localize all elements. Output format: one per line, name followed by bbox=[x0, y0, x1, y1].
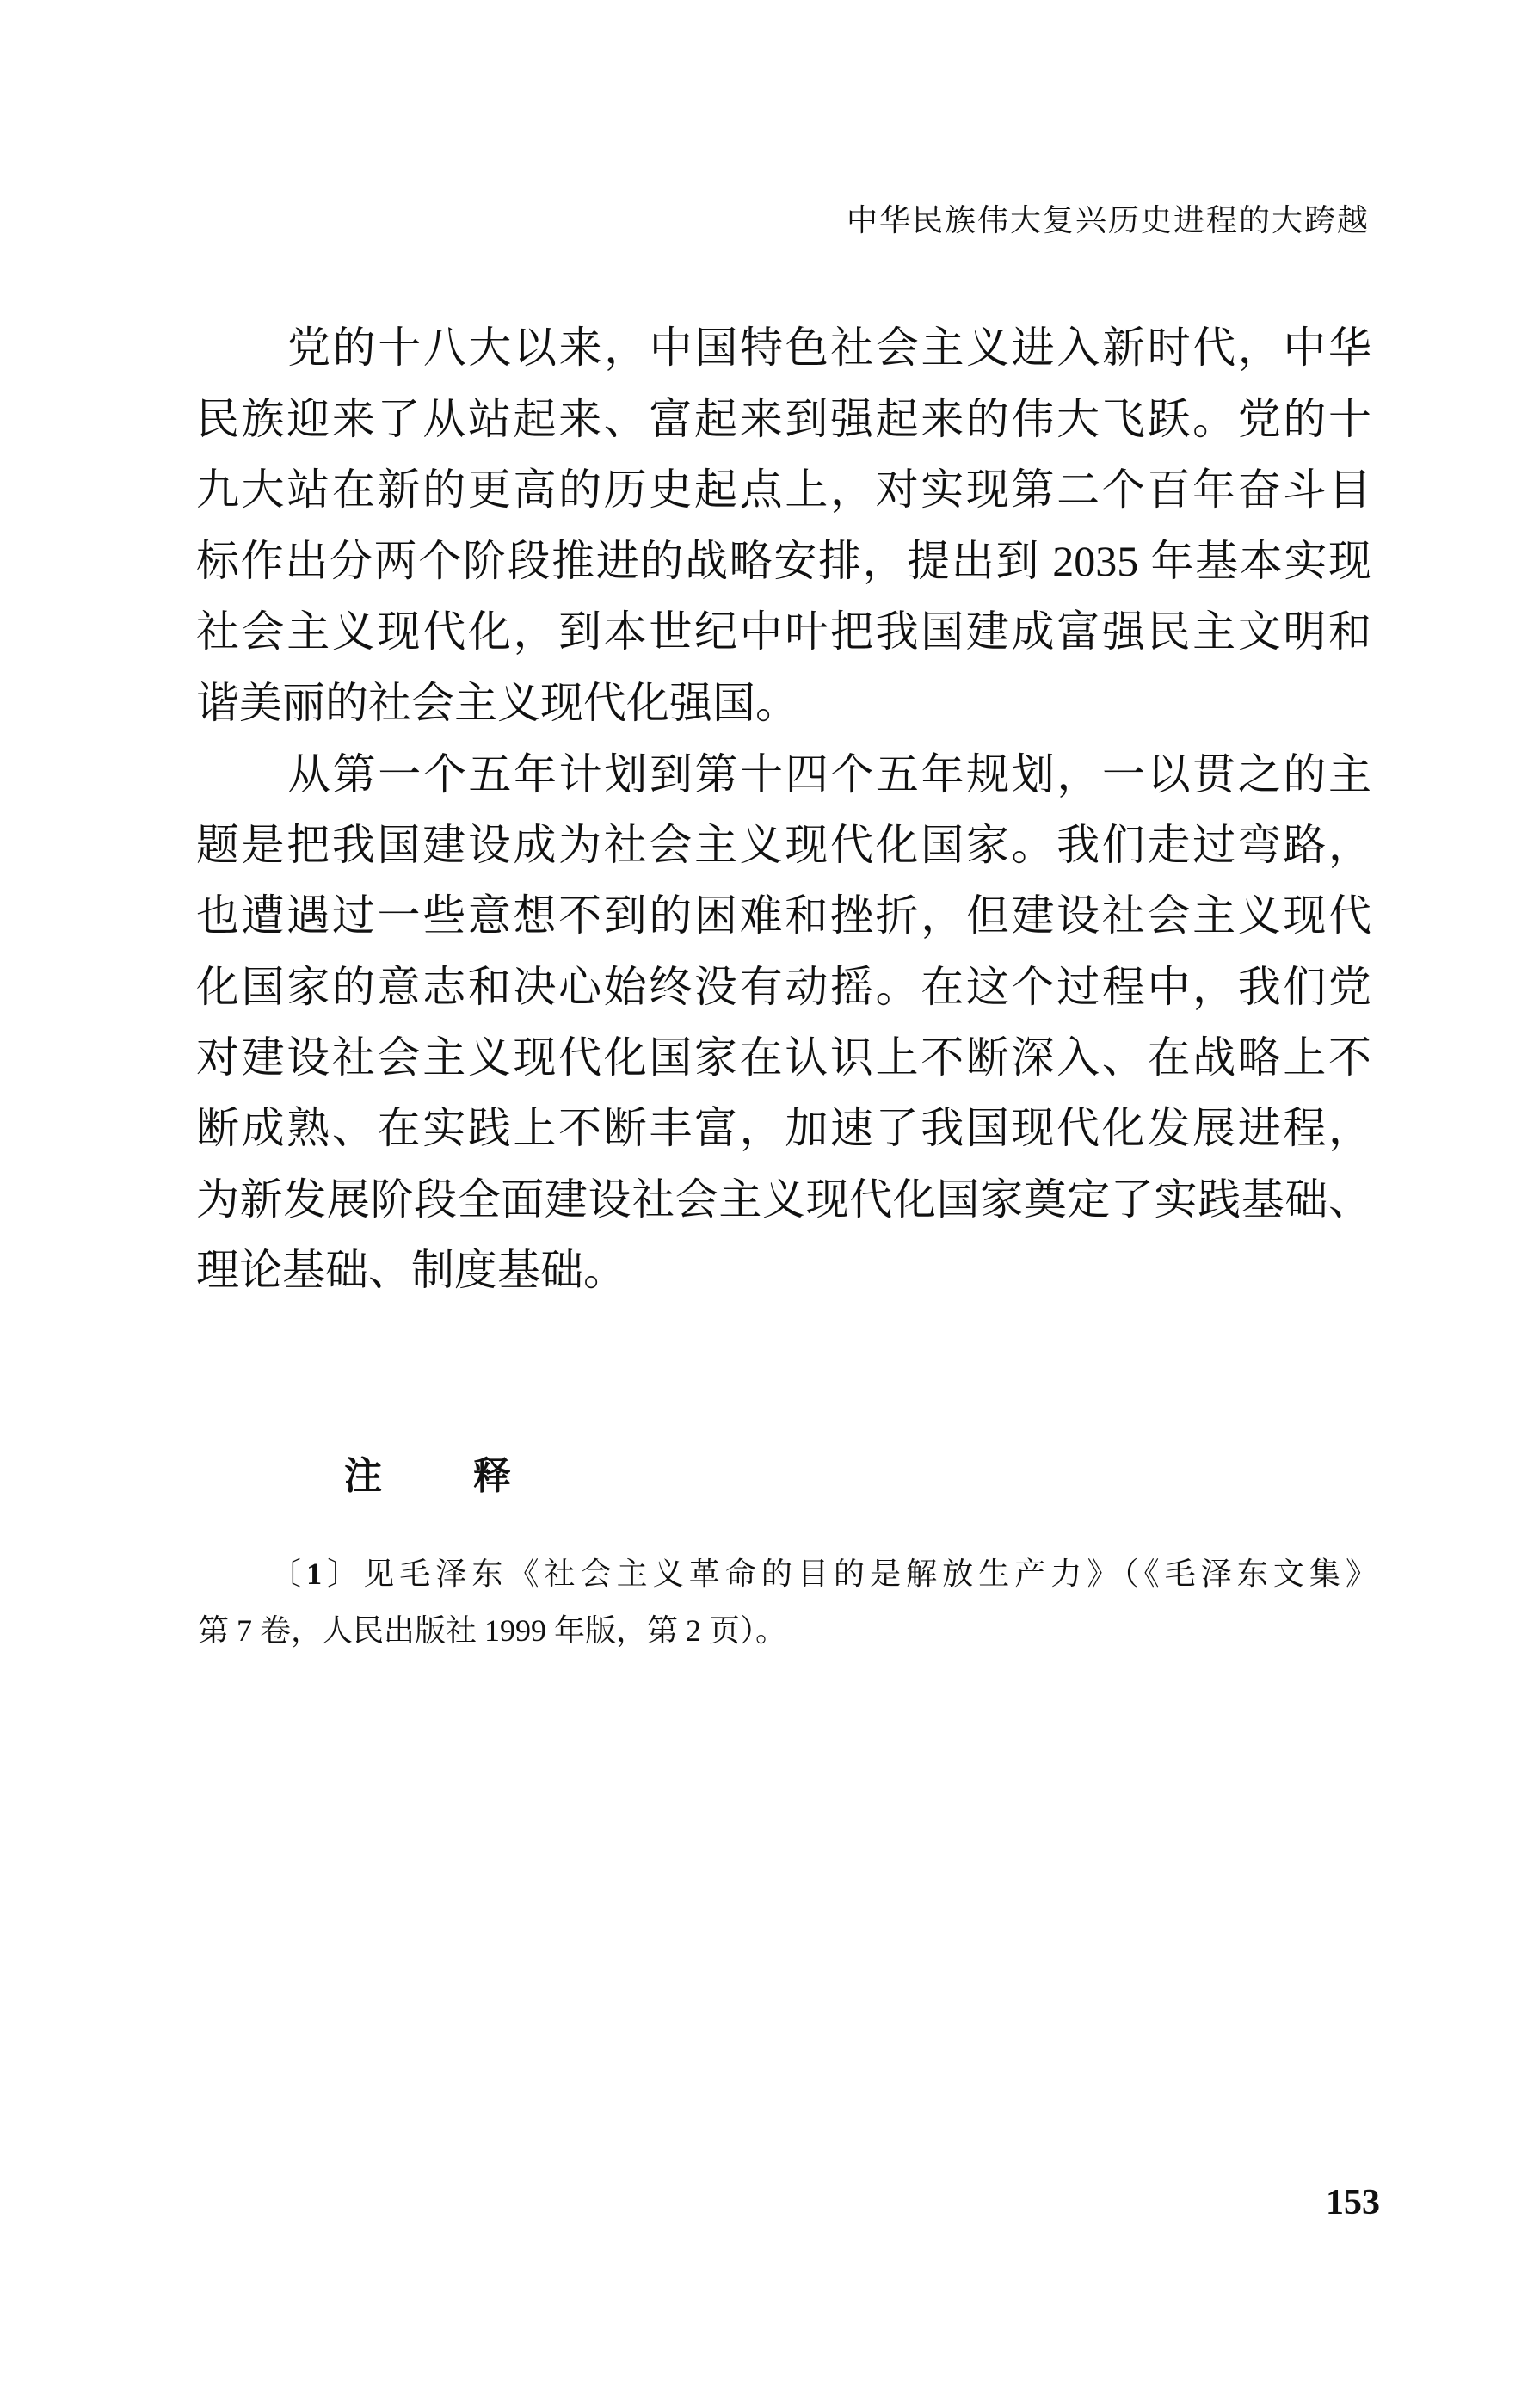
paragraph-line: 题是把我国建设成为社会主义现代化国家。我们走过弯路， bbox=[196, 821, 1371, 869]
footnote-bracket-open: 〔 bbox=[270, 1557, 306, 1591]
footnote-bracket-close: 〕 bbox=[322, 1557, 363, 1591]
paragraph-line: 社会主义现代化，到本世纪中叶把我国建成富强民主文明和 bbox=[196, 607, 1371, 656]
paragraph-line: 民族迎来了从站起来、富起来到强起来的伟大飞跃。党的十 bbox=[196, 395, 1371, 443]
footnote-number: 1 bbox=[306, 1557, 322, 1591]
paragraph-line: 从第一个五年计划到第十四个五年规划，一以贯之的主 bbox=[287, 750, 1371, 798]
paragraph-line: 谐美丽的社会主义现代化强国。 bbox=[196, 679, 1371, 727]
paragraph-line: 九大站在新的更高的历史起点上，对实现第二个百年奋斗目 bbox=[196, 465, 1371, 514]
paragraph-line: 标作出分两个阶段推进的战略安排，提出到 2035 年基本实现 bbox=[196, 537, 1371, 585]
notes-heading-char: 释 bbox=[473, 1454, 511, 1499]
book-page: 中华民族伟大复兴历史进程的大跨越 党的十八大以来，中国特色社会主义进入新时代，中… bbox=[0, 0, 1540, 2386]
paragraph-line: 为新发展阶段全面建设社会主义现代化国家奠定了实践基础、 bbox=[196, 1175, 1371, 1224]
paragraph-line: 党的十八大以来，中国特色社会主义进入新时代，中华 bbox=[287, 324, 1371, 372]
paragraph-line: 理论基础、制度基础。 bbox=[196, 1246, 1371, 1294]
footnote-text: 见毛泽东《社会主义革命的目的是解放生产力》（《毛泽东文集》 bbox=[363, 1557, 1377, 1591]
running-header: 中华民族伟大复兴历史进程的大跨越 bbox=[847, 203, 1370, 237]
paragraph-line: 也遭遇过一些意想不到的困难和挫折，但建设社会主义现代 bbox=[196, 891, 1371, 940]
paragraph-line: 化国家的意志和决心始终没有动摇。在这个过程中，我们党 bbox=[196, 963, 1371, 1011]
notes-heading: 注释 bbox=[344, 1454, 511, 1499]
notes-heading-char: 注 bbox=[344, 1454, 382, 1499]
paragraph-line: 对建设社会主义现代化国家在认识上不断深入、在战略上不 bbox=[196, 1033, 1371, 1082]
page-number: 153 bbox=[1326, 2184, 1380, 2222]
footnote-line: 〔1〕见毛泽东《社会主义革命的目的是解放生产力》（《毛泽东文集》 bbox=[270, 1556, 1377, 1592]
paragraph-line: 断成熟、在实践上不断丰富，加速了我国现代化发展进程， bbox=[196, 1104, 1371, 1152]
footnote-line: 第 7 卷，人民出版社 1999 年版，第 2 页）。 bbox=[198, 1612, 786, 1649]
